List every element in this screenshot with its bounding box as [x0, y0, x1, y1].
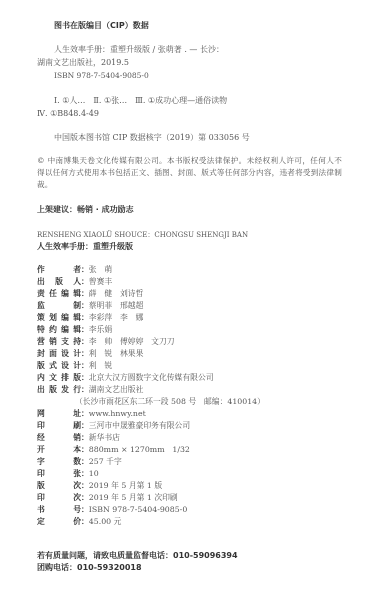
credit-separator: ：	[81, 433, 89, 442]
cip-classification-2: Ⅳ. ①B848.4-49	[37, 109, 99, 119]
credit-value: 利 锐 林果果	[89, 349, 144, 358]
credit-separator: ：	[81, 481, 89, 490]
credit-separator: ：	[81, 421, 89, 430]
credit-value: 北京大汉方圆数字文化传媒有限公司	[89, 373, 214, 382]
credit-separator: ：	[81, 457, 89, 466]
credit-separator: ：	[81, 301, 89, 310]
credit-value: 李乐娟	[89, 325, 112, 334]
credit-separator: ：	[81, 337, 89, 346]
credit-price: 定 价：45.00 元	[37, 516, 121, 528]
credit-word-count: 字 数：257 千字	[37, 456, 122, 468]
credit-typesetting: 内文排版：北京大汉方圆数字文化传媒有限公司	[37, 372, 214, 384]
credit-value: 曾赛丰	[89, 277, 112, 286]
cip-line-2: 湖南文艺出版社，2019.5	[37, 58, 129, 68]
credit-label: 印 张	[37, 468, 81, 480]
credit-value: 利 锐	[89, 361, 112, 370]
credit-label: 印 刷	[37, 420, 81, 432]
credit-value: 10	[89, 469, 99, 478]
credit-separator: ：	[81, 505, 89, 514]
credit-printing: 印 次：2019 年 5 月第 1 次印刷	[37, 492, 178, 504]
credit-value: 李彩萍 李 娜	[89, 313, 144, 322]
credit-address: （长沙市雨花区东二环一段 508 号 邮编：410014）	[75, 396, 265, 408]
credit-value: ISBN 978-7-5404-9085-0	[89, 505, 187, 514]
credit-edition: 版 次：2019 年 5 月第 1 版	[37, 480, 162, 492]
credit-label: 经 销	[37, 432, 81, 444]
cip-heading: 图书在版编目（CIP）数据	[54, 21, 149, 31]
credit-separator: ：	[81, 385, 89, 394]
credit-author: 作 者：张 萌	[37, 264, 112, 276]
credit-value: 蔡明菲 邢越超	[89, 301, 144, 310]
copyright-page: 图书在版编目（CIP）数据 人生效率手册：重塑升级版 / 张萌著 . — 长沙：…	[0, 0, 375, 594]
credit-value: （长沙市雨花区东二环一段 508 号 邮编：410014）	[75, 397, 265, 406]
credit-separator: ：	[81, 445, 89, 454]
credit-publisher: 出 版 人：曾赛丰	[37, 276, 112, 288]
credit-value: 257 千字	[89, 457, 122, 466]
credit-value: 新华书店	[89, 433, 120, 442]
credit-value: 2019 年 5 月第 1 版	[89, 481, 162, 490]
credit-seller: 经 销：新华书店	[37, 432, 120, 444]
credit-label: 封面设计	[37, 348, 81, 360]
credit-separator: ：	[81, 289, 89, 298]
shelf-suggestion: 上架建议：畅销 · 成功励志	[37, 205, 134, 215]
credit-label: 网 址	[37, 408, 81, 420]
credit-value: 三河市中晟雅豪印务有限公司	[89, 421, 190, 430]
credit-layout-design: 版式设计：利 锐	[37, 360, 112, 372]
credit-label: 特约编辑	[37, 324, 81, 336]
credit-label: 出版发行	[37, 384, 81, 396]
cip-line-1: 人生效率手册：重塑升级版 / 张萌著 . — 长沙：	[54, 45, 224, 55]
credit-special-editor: 特约编辑：李乐娟	[37, 324, 112, 336]
credit-label: 营销支持	[37, 336, 81, 348]
credit-value: 薛 健 刘诗哲	[89, 289, 144, 298]
credit-sheets: 印 张：10	[37, 468, 99, 480]
credit-label: 定 价	[37, 516, 81, 528]
credit-isbn: 书 号：ISBN 978-7-5404-9085-0	[37, 504, 187, 516]
credit-label: 书 号	[37, 504, 81, 516]
credit-distribution: 出版发行：湖南文艺出版社	[37, 384, 143, 396]
credit-separator: ：	[81, 265, 89, 274]
group-purchase-contact: 团购电话：010-59320018	[37, 563, 142, 573]
credit-printer: 印 刷：三河市中晟雅豪印务有限公司	[37, 420, 190, 432]
credit-cover-design: 封面设计：利 锐 林果果	[37, 348, 143, 360]
credit-label: 作 者	[37, 264, 81, 276]
credit-separator: ：	[81, 349, 89, 358]
title-pinyin: RENSHENG XIAOLÜ SHOUCE：CHONGSU SHENGJI B…	[37, 230, 248, 240]
credit-editor: 责任编辑：薛 健 刘诗哲	[37, 288, 143, 300]
credit-value: 45.00 元	[89, 517, 122, 526]
credit-label: 责任编辑	[37, 288, 81, 300]
quality-contact: 若有质量问题，请致电质量监督电话：010-59096394	[37, 551, 238, 561]
credit-separator: ：	[81, 517, 89, 526]
credit-value: www.hnwy.net	[89, 409, 146, 418]
title-chinese: 人生效率手册：重塑升级版	[37, 242, 133, 252]
credit-separator: ：	[81, 469, 89, 478]
credit-value: 880mm × 1270mm 1/32	[89, 445, 190, 454]
cip-verification: 中国版本图书馆 CIP 数据核字（2019）第 033056 号	[54, 133, 250, 143]
copyright-notice: © 中南博集天卷文化传媒有限公司。本书版权受法律保护。未经权利人许可，任何人不得…	[37, 155, 342, 191]
credit-value: 湖南文艺出版社	[89, 385, 144, 394]
credit-separator: ：	[81, 325, 89, 334]
cip-isbn: ISBN 978-7-5404-9085-0	[54, 71, 149, 81]
credit-value: 李 帅 傅婷婷 文刀刀	[89, 337, 175, 346]
credit-label: 开 本	[37, 444, 81, 456]
credit-planning-editor: 策划编辑：李彩萍 李 娜	[37, 312, 143, 324]
credit-separator: ：	[81, 493, 89, 502]
credit-separator: ：	[81, 409, 89, 418]
credit-format: 开 本：880mm × 1270mm 1/32	[37, 444, 190, 456]
credit-marketing: 营销支持：李 帅 傅婷婷 文刀刀	[37, 336, 175, 348]
credit-label: 策划编辑	[37, 312, 81, 324]
credit-separator: ：	[81, 361, 89, 370]
credit-label: 字 数	[37, 456, 81, 468]
credit-value: 张 萌	[89, 265, 112, 274]
credit-label: 印 次	[37, 492, 81, 504]
credit-separator: ：	[81, 313, 89, 322]
cip-classification-1: Ⅰ. ①人… Ⅱ. ①张… Ⅲ. ①成功心理—通俗读物	[54, 96, 227, 106]
credit-label: 监 制	[37, 300, 81, 312]
credit-separator: ：	[81, 373, 89, 382]
credit-value: 2019 年 5 月第 1 次印刷	[89, 493, 178, 502]
credit-label: 内文排版	[37, 372, 81, 384]
credit-label: 出 版 人	[37, 276, 81, 288]
credit-label: 版式设计	[37, 360, 81, 372]
credit-separator: ：	[81, 277, 89, 286]
credit-supervisor: 监 制：蔡明菲 邢越超	[37, 300, 143, 312]
credit-label: 版 次	[37, 480, 81, 492]
credit-website: 网 址：www.hnwy.net	[37, 408, 146, 420]
